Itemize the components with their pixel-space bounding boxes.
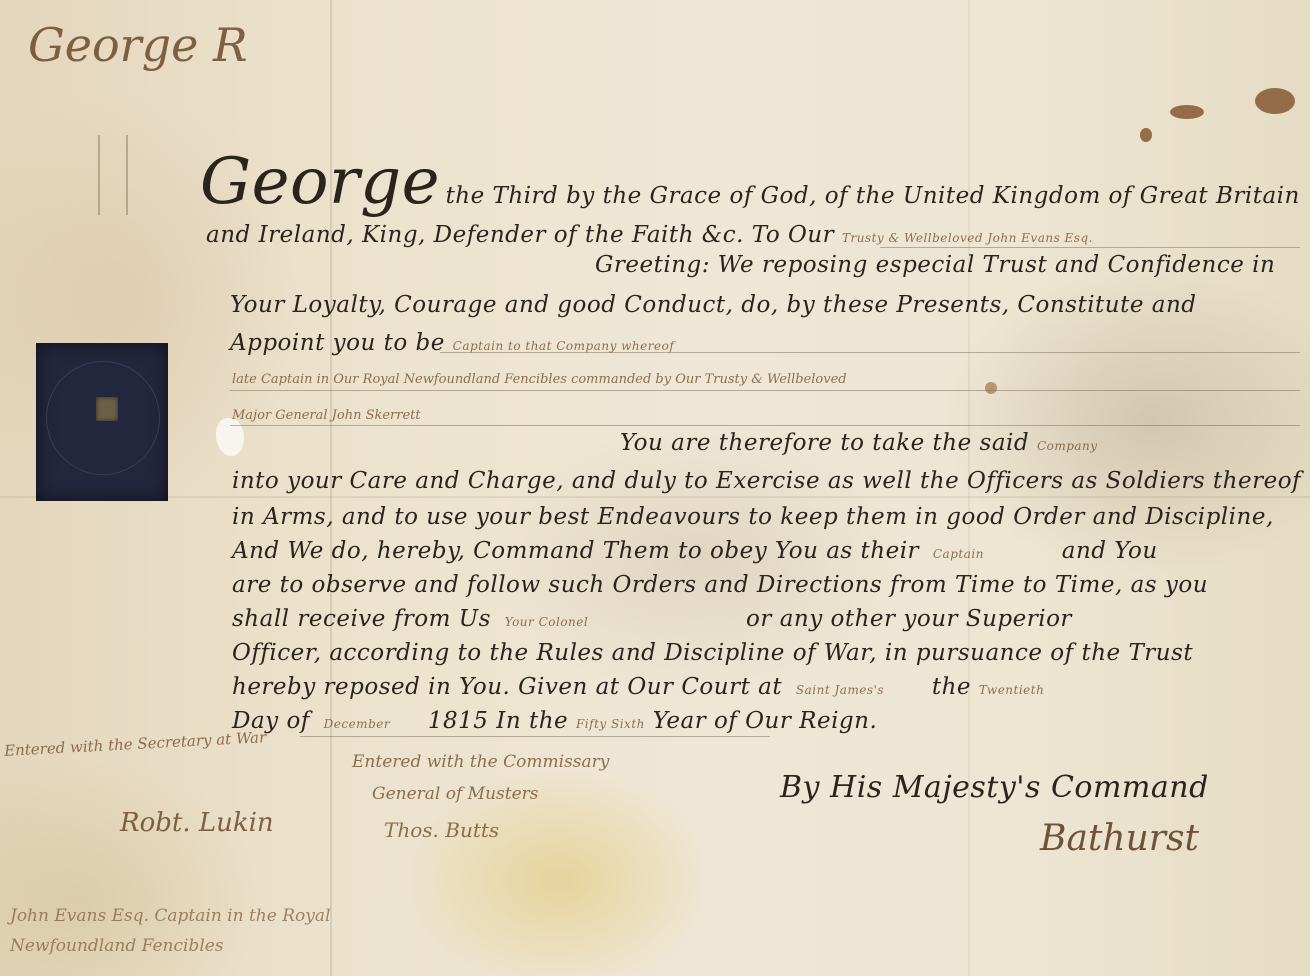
line-tail: the — [932, 674, 971, 700]
line-text: You are therefore to take the said — [620, 430, 1029, 456]
stain — [1140, 128, 1152, 142]
filled-company: Company — [1037, 439, 1098, 453]
body-line-14: Officer, according to the Rules and Disc… — [232, 640, 1193, 666]
filled-day: Twentieth — [979, 683, 1045, 697]
butts-signature: Thos. Butts — [384, 818, 499, 842]
line-tail: and You — [1062, 538, 1158, 564]
line-text: hereby reposed in You. Given at Our Cour… — [232, 674, 782, 700]
body-line-10: in Arms, and to use your best Endeavours… — [232, 504, 1274, 530]
muster-note-line1: Entered with the Commissary — [352, 752, 609, 772]
body-line-15: hereby reposed in You. Given at Our Cour… — [232, 674, 1044, 700]
stain — [985, 382, 997, 394]
line-text: And We do, hereby, Command Them to obey … — [232, 538, 919, 564]
filled-rank: Captain — [933, 547, 984, 561]
fill-rule — [440, 352, 1300, 353]
wax-remnant — [216, 418, 244, 456]
fill-rule — [230, 390, 1300, 391]
filled-month: December — [324, 717, 390, 731]
body-line-9: into your Care and Charge, and duly to E… — [232, 468, 1301, 494]
line-text: shall receive from Us — [232, 606, 491, 632]
line-tail: or any other your Superior — [746, 606, 1072, 632]
line-text: the Third by the Grace of God, of the Un… — [446, 183, 1300, 209]
fold-line — [0, 496, 1310, 498]
year: 1815 — [428, 708, 489, 734]
body-line-16: Day of December 1815 In the Fifty Sixth … — [232, 708, 877, 734]
body-line-1: George the Third by the Grace of God, of… — [200, 150, 1300, 214]
royal-sign-manual: George R — [28, 18, 248, 72]
body-line-3: Greeting: We reposing especial Trust and… — [595, 252, 1275, 278]
entry-note: Entered with the Secretary at War — [4, 728, 267, 760]
line-tail: Year of Our Reign. — [653, 708, 878, 734]
fill-rule — [300, 736, 770, 737]
opening-george: George — [200, 145, 440, 219]
wafer-seal — [36, 343, 168, 501]
stain — [1170, 105, 1204, 119]
docket-line1: John Evans Esq. Captain in the Royal — [10, 906, 330, 926]
fill-rule — [880, 247, 1300, 248]
body-line-2: and Ireland, King, Defender of the Faith… — [206, 222, 1093, 248]
line-text: and Ireland, King, Defender of the Faith… — [206, 222, 834, 248]
line-text: Appoint you to be — [230, 330, 445, 356]
stain — [1255, 88, 1295, 114]
body-line-11: And We do, hereby, Command Them to obey … — [232, 538, 1158, 564]
command-line: By His Majesty's Command — [780, 770, 1209, 805]
filled-reign-year: Fifty Sixth — [576, 717, 645, 731]
body-line-13: shall receive from Us Your Colonel or an… — [232, 606, 1072, 632]
filled-name: Trusty & Wellbeloved John Evans Esq. — [842, 231, 1093, 245]
commission-document: George R George the Third by the Grace o… — [0, 0, 1310, 976]
line-tail: In the — [496, 708, 568, 734]
filled-place: Saint James's — [796, 683, 884, 697]
body-line-8: You are therefore to take the said Compa… — [620, 430, 1098, 456]
body-line-7: Major General John Skerrett — [232, 408, 421, 423]
fill-rule — [230, 425, 1300, 426]
lukin-signature: Robt. Lukin — [120, 808, 274, 838]
body-line-4: Your Loyalty, Courage and good Conduct, … — [230, 292, 1197, 318]
secretary-signature: Bathurst — [1040, 818, 1199, 859]
seal-center — [96, 397, 118, 421]
filled-superior: Your Colonel — [505, 615, 589, 629]
filled-rank: Captain to that Company whereof — [453, 339, 675, 353]
body-line-6: late Captain in Our Royal Newfoundland F… — [232, 372, 847, 387]
muster-note-line2: General of Musters — [372, 784, 539, 804]
docket-line2: Newfoundland Fencibles — [10, 936, 224, 956]
body-line-12: are to observe and follow such Orders an… — [232, 572, 1208, 598]
